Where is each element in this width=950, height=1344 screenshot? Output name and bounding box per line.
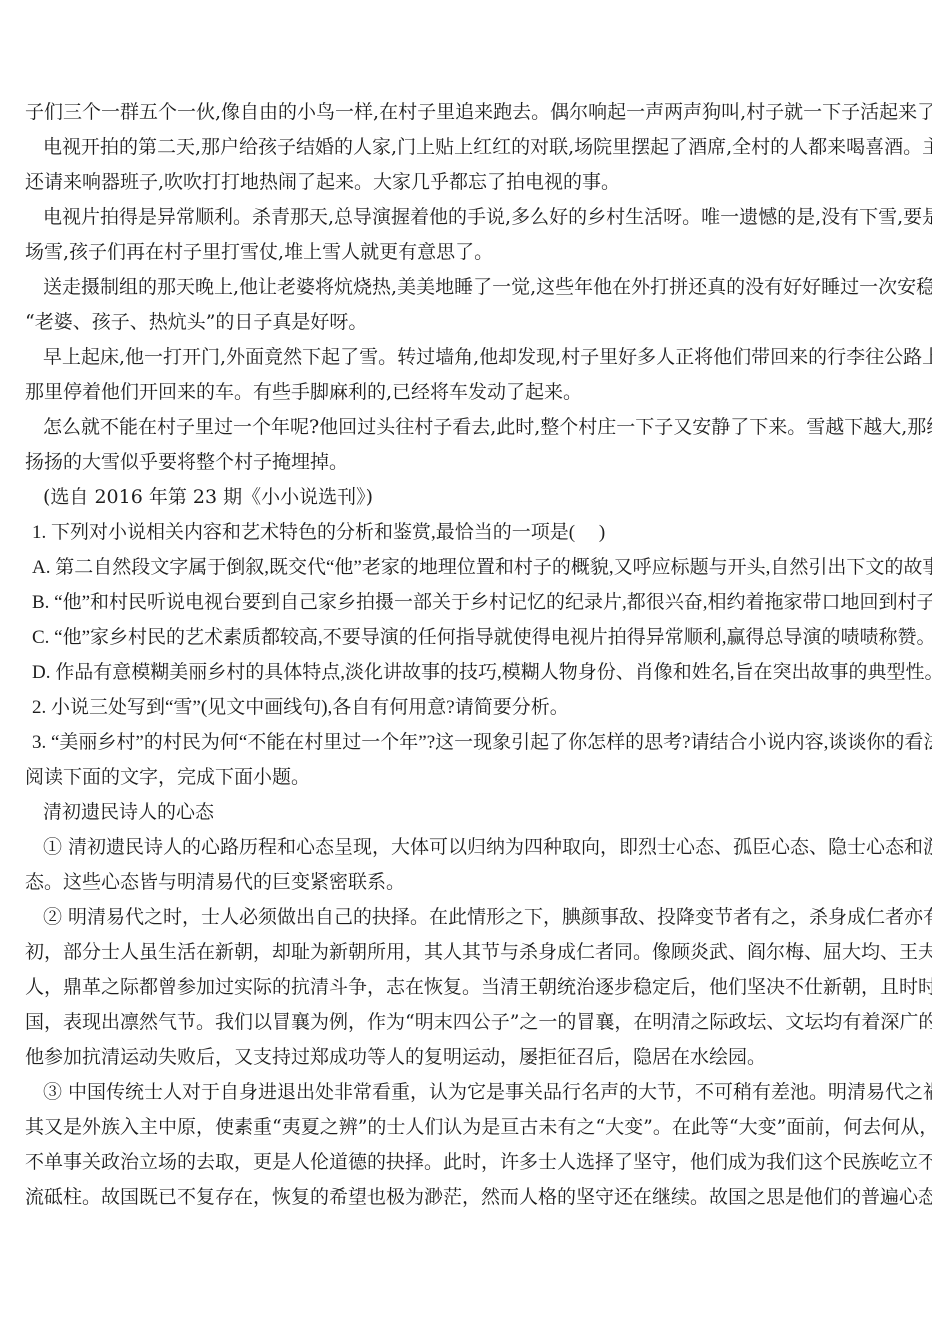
passage2-line: 人，鼎革之际都曾参加过实际的抗清斗争，志在恢复。当清王朝统治逐步稳定后，他们坚决…	[25, 970, 932, 1005]
passage1-line: 送走摄制组的那天晚上,他让老婆将炕烧热,美美地睡了一觉,这些年他在外打拼还真的没…	[25, 270, 932, 305]
question-1: 1. 下列对小说相关内容和艺术特色的分析和鉴赏,最恰当的一项是( )	[25, 515, 932, 550]
passage1-line: “老婆、孩子、热炕头”的日子真是好呀。	[25, 305, 932, 340]
question-1-option-a: A. 第二自然段文字属于倒叙,既交代“他”老家的地理位置和村子的概貌,又呼应标题…	[25, 550, 932, 585]
passage2-line: ② 明清易代之时，士人必须做出自己的抉择。在此情形之下，腆颜事敌、投降变节者有之…	[25, 900, 932, 935]
passage2-line: ① 清初遗民诗人的心路历程和心态呈现，大体可以归纳为四种取向，即烈士心态、孤臣心…	[25, 830, 932, 865]
exam-document-page: 子们三个一群五个一伙,像自由的小鸟一样,在村子里追来跑去。偶尔响起一声两声狗叫,…	[0, 0, 950, 1344]
passage2-line: 流砥柱。故国既已不复存在，恢复的希望也极为渺茫，然而人格的坚守还在继续。故国之思…	[25, 1180, 932, 1215]
passage2-line: 态。这些心态皆与明清易代的巨变紧密联系。	[25, 865, 932, 900]
passage2-line: 初，部分士人虽生活在新朝，却耻为新朝所用，其人其节与杀身成仁者同。像顾炎武、阎尔…	[25, 935, 932, 970]
passage2-title: 清初遗民诗人的心态	[25, 795, 932, 830]
passage1-line: 电视开拍的第二天,那户给孩子结婚的人家,门上贴上红红的对联,场院里摆起了酒席,全…	[25, 130, 932, 165]
passage2-line: 国，表现出凛然气节。我们以冒襄为例，作为“明末四公子”之一的冒襄，在明清之际政坛…	[25, 1005, 932, 1040]
question-1-option-b: B. “他”和村民听说电视台要到自己家乡拍摄一部关于乡村记忆的纪录片,都很兴奋,…	[25, 585, 932, 620]
passage2-line: 他参加抗清运动失败后，又支持过郑成功等人的复明运动，屡拒征召后，隐居在水绘园。	[25, 1040, 932, 1075]
passage1-line: 那里停着他们开回来的车。有些手脚麻利的,已经将车发动了起来。	[25, 375, 932, 410]
passage1-line: 电视片拍得是异常顺利。杀青那天,总导演握着他的手说,多么好的乡村生活呀。唯一遗憾…	[25, 200, 932, 235]
passage2-line: ③ 中国传统士人对于自身进退出处非常看重，认为它是事关品行名声的大节，不可稍有差…	[25, 1075, 932, 1110]
question-1-option-c: C. “他”家乡村民的艺术素质都较高,不要导演的任何指导就使得电视片拍得异常顺利…	[25, 620, 932, 655]
passage2-instruction: 阅读下面的文字，完成下面小题。	[25, 760, 932, 795]
question-1-option-d: D. 作品有意模糊美丽乡村的具体特点,淡化讲故事的技巧,模糊人物身份、肖像和姓名…	[25, 655, 932, 690]
passage2-line: 不单事关政治立场的去取，更是人伦道德的抉择。此时，许多士人选择了坚守，他们成为我…	[25, 1145, 932, 1180]
passage1-line: 还请来响器班子,吹吹打打地热闹了起来。大家几乎都忘了拍电视的事。	[25, 165, 932, 200]
question-3: 3. “美丽乡村”的村民为何“不能在村里过一个年”?这一现象引起了你怎样的思考?…	[25, 725, 932, 760]
passage1-line: 早上起床,他一打开门,外面竟然下起了雪。转过墙角,他却发现,村子里好多人正将他们…	[25, 340, 932, 375]
passage1-source: (选自 2016 年第 23 期《小小说选刊》)	[25, 480, 932, 515]
passage2-line: 其又是外族入主中原，使素重“夷夏之辨”的士人们认为是亘古未有之“大变”。在此等“…	[25, 1110, 932, 1145]
passage1-line: 怎么就不能在村子里过一个年呢?他回过头往村子看去,此时,整个村庄一下子又安静了下…	[25, 410, 932, 445]
document-text-block: 子们三个一群五个一伙,像自由的小鸟一样,在村子里追来跑去。偶尔响起一声两声狗叫,…	[25, 95, 932, 1215]
passage1-line: 扬扬的大雪似乎要将整个村子掩埋掉。	[25, 445, 932, 480]
passage1-line: 场雪,孩子们再在村子里打雪仗,堆上雪人就更有意思了。	[25, 235, 932, 270]
question-2: 2. 小说三处写到“雪”(见文中画线句),各自有何用意?请简要分析。	[25, 690, 932, 725]
passage1-line: 子们三个一群五个一伙,像自由的小鸟一样,在村子里追来跑去。偶尔响起一声两声狗叫,…	[25, 95, 932, 130]
